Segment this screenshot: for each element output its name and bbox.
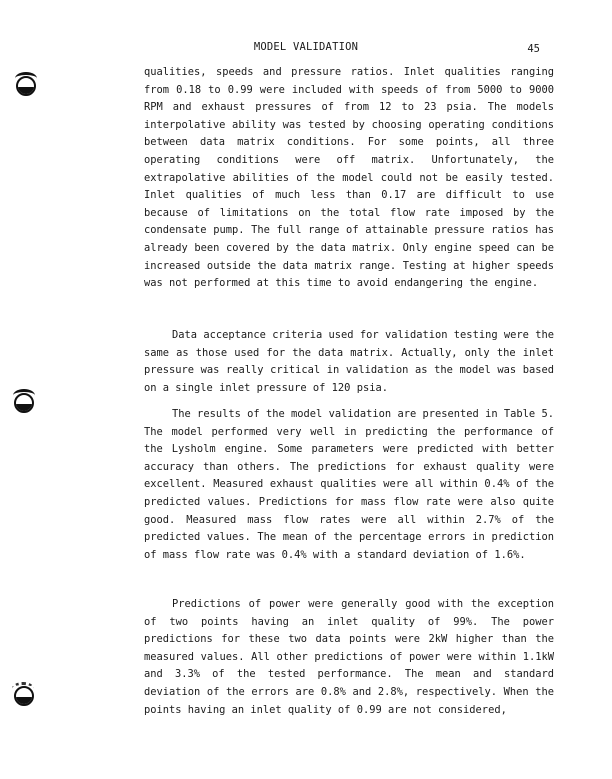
binder-hole-icon <box>14 393 34 413</box>
paragraph-results: The results of the model validation are … <box>144 406 554 564</box>
paragraph-text: The results of the model validation are … <box>144 406 554 564</box>
running-header: MODEL VALIDATION <box>0 41 612 53</box>
paragraph-acceptance-criteria: Data acceptance criteria used for valida… <box>144 327 554 397</box>
binder-hole-icon <box>14 686 34 706</box>
paragraph-text: Predictions of power were generally good… <box>144 596 554 719</box>
paragraph-power-predictions: Predictions of power were generally good… <box>144 596 554 719</box>
paragraph-continuation: qualities, speeds and pressure ratios. I… <box>144 64 554 293</box>
page-number: 45 <box>527 43 540 55</box>
paragraph-text: Data acceptance criteria used for valida… <box>144 327 554 397</box>
paragraph-text: qualities, speeds and pressure ratios. I… <box>144 64 554 293</box>
binder-hole-icon <box>16 76 36 96</box>
